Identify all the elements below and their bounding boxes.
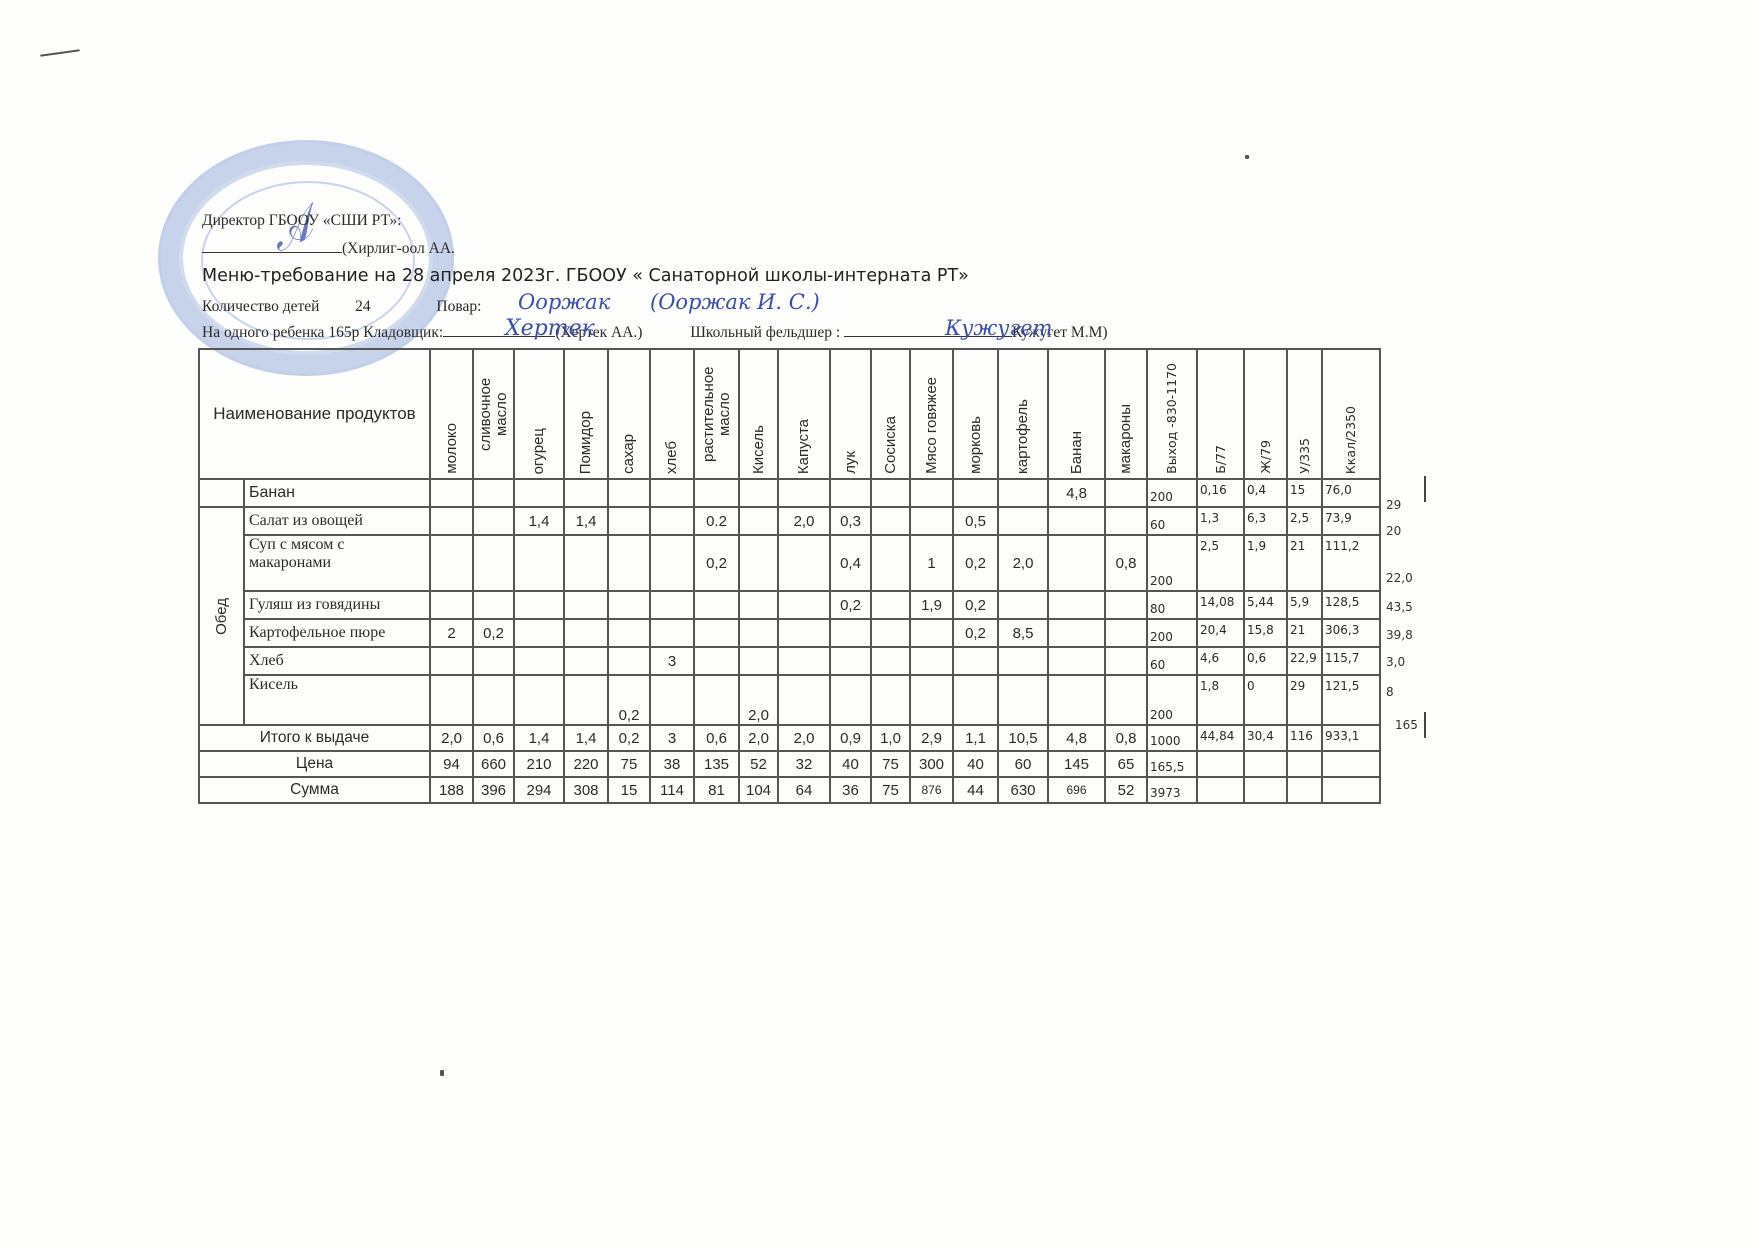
cell-value: 40 <box>830 751 871 777</box>
total-row-label: Итого к выдаче <box>199 725 430 751</box>
cell-value: 10,5 <box>998 725 1048 751</box>
cell-value: 2,0 <box>778 507 830 535</box>
cell-value <box>430 675 473 725</box>
cell-value <box>430 479 473 507</box>
nutrition-value: 1,3 <box>1197 507 1244 535</box>
outside-value: 3,0 <box>1386 655 1405 669</box>
cell-value: 3 <box>650 647 694 675</box>
table-row: Кисель0,22,02001,8029121,5 <box>199 675 1380 725</box>
cell-value: 0,2 <box>953 535 998 591</box>
cell-value <box>998 479 1048 507</box>
cell-value <box>910 675 953 725</box>
cell-value: 0,2 <box>473 619 514 647</box>
cell-value: 2,0 <box>739 675 778 725</box>
col-header: Капуста <box>778 349 830 479</box>
cell-value: 81 <box>694 777 739 803</box>
cell-value <box>871 507 910 535</box>
cell-value: 38 <box>650 751 694 777</box>
margin-mark <box>1424 476 1426 502</box>
cell-value: 2,0 <box>778 725 830 751</box>
cell-value <box>998 675 1048 725</box>
dish-name: Кисель <box>244 675 430 725</box>
cell-value <box>830 675 871 725</box>
col-header: Ж/79 <box>1244 349 1287 479</box>
cell-value: 2,0 <box>739 725 778 751</box>
group-label: Обед <box>214 594 230 635</box>
cell-value: 1 <box>910 535 953 591</box>
cell-value <box>473 479 514 507</box>
cell-value: 114 <box>650 777 694 803</box>
cell-value: 36 <box>830 777 871 803</box>
cell-value <box>430 647 473 675</box>
per-child-label: На одного ребенка 165р <box>202 324 359 341</box>
cell-value <box>910 619 953 647</box>
cell-value <box>778 647 830 675</box>
scan-artifact <box>40 49 80 57</box>
nutrition-value: 200 <box>1147 619 1197 647</box>
cell-value <box>739 507 778 535</box>
director-line: Директор ГБООУ «СШИ РТ»: <box>202 212 402 230</box>
col-header: макароны <box>1105 349 1147 479</box>
cell-value: 0,5 <box>953 507 998 535</box>
cell-value: 52 <box>739 751 778 777</box>
nutrition-value: 0,6 <box>1244 647 1287 675</box>
cell-value: 1,4 <box>514 725 564 751</box>
nutrition-value: 111,2 <box>1322 535 1380 591</box>
table-row: Хлеб3604,60,622,9115,7 <box>199 647 1380 675</box>
cell-value <box>998 507 1048 535</box>
cell-value: 0,9 <box>830 725 871 751</box>
cell-value <box>953 675 998 725</box>
cell-value <box>871 479 910 507</box>
cell-value <box>739 535 778 591</box>
cell-value <box>430 591 473 619</box>
cell-value <box>1048 675 1105 725</box>
cell-value: 8,5 <box>998 619 1048 647</box>
cook-label: Повар: <box>436 298 481 315</box>
nutrition-value: 60 <box>1147 507 1197 535</box>
table-row: Картофельное пюре20,20,28,520020,415,821… <box>199 619 1380 647</box>
dish-name: Банан <box>244 479 430 507</box>
cell-value: 696 <box>1048 777 1105 803</box>
cell-value <box>830 647 871 675</box>
cell-value <box>778 675 830 725</box>
col-header: Ккал/2350 <box>1322 349 1380 479</box>
cell-value <box>514 591 564 619</box>
cell-value: 396 <box>473 777 514 803</box>
cell-value <box>514 675 564 725</box>
document-title: Меню-требование на 28 апреля 2023г. ГБОО… <box>202 266 969 286</box>
cell-value <box>871 535 910 591</box>
cell-value <box>514 619 564 647</box>
nutrition-value: 22,9 <box>1287 647 1322 675</box>
nutrition-value: 200 <box>1147 535 1197 591</box>
cell-value: 44 <box>953 777 998 803</box>
cell-value <box>739 479 778 507</box>
dish-name: Картофельное пюре <box>244 619 430 647</box>
cell-value <box>564 479 608 507</box>
cell-value: 1,4 <box>514 507 564 535</box>
cell-value <box>608 647 650 675</box>
nutrition-value: 0,16 <box>1197 479 1244 507</box>
nutrition-value: 2,5 <box>1197 535 1244 591</box>
cook-signature: Ооржак <box>518 290 610 314</box>
col-header: Кисель <box>739 349 778 479</box>
cell-value: 876 <box>910 777 953 803</box>
cell-value <box>953 647 998 675</box>
director-name-line: (Хирлиг-оол АА. <box>202 240 455 258</box>
cell-value: 0,8 <box>1105 725 1147 751</box>
dish-name: Салат из овощей <box>244 507 430 535</box>
nutrition-value <box>1322 751 1380 777</box>
storekeeper-label: Кладовщик: <box>363 324 443 341</box>
cell-value: 75 <box>608 751 650 777</box>
cell-value: 220 <box>564 751 608 777</box>
col-header: Б/77 <box>1197 349 1244 479</box>
cell-value <box>694 675 739 725</box>
price-row: Цена946602102207538135523240753004060145… <box>199 751 1380 777</box>
cell-value <box>871 647 910 675</box>
col-header: Сосиска <box>871 349 910 479</box>
cell-value <box>871 619 910 647</box>
nutrition-value: 3973 <box>1147 777 1197 803</box>
cell-value: 0,8 <box>1105 535 1147 591</box>
cell-value <box>778 479 830 507</box>
children-line: Количество детей 24 Повар: <box>202 298 481 316</box>
cell-value <box>514 535 564 591</box>
nutrition-value <box>1287 777 1322 803</box>
cell-value: 630 <box>998 777 1048 803</box>
nutrition-value <box>1322 777 1380 803</box>
dish-name: Суп с мясом с макаронами <box>244 535 430 591</box>
cell-value <box>1105 619 1147 647</box>
nutrition-value: 116 <box>1287 725 1322 751</box>
table-row: ОбедСалат из овощей1,41,40.22,00,30,5601… <box>199 507 1380 535</box>
cell-value <box>694 591 739 619</box>
cell-value: 32 <box>778 751 830 777</box>
cell-value <box>910 647 953 675</box>
nutrition-value: 128,5 <box>1322 591 1380 619</box>
cell-value: 0,6 <box>694 725 739 751</box>
cell-value: 308 <box>564 777 608 803</box>
nutrition-value: 20,4 <box>1197 619 1244 647</box>
cell-value <box>650 591 694 619</box>
cell-value: 294 <box>514 777 564 803</box>
cell-value <box>953 479 998 507</box>
cell-value <box>650 619 694 647</box>
col-header: Помидор <box>564 349 608 479</box>
cell-value <box>564 675 608 725</box>
cell-value: 104 <box>739 777 778 803</box>
name-header: Наименование продуктов <box>199 349 430 479</box>
cell-value: 0,4 <box>830 535 871 591</box>
cell-value <box>564 591 608 619</box>
cell-value <box>608 479 650 507</box>
cell-value <box>998 647 1048 675</box>
nutrition-value: 165,5 <box>1147 751 1197 777</box>
cell-value: 0,2 <box>953 619 998 647</box>
cell-value: 1,0 <box>871 725 910 751</box>
col-header: хлеб <box>650 349 694 479</box>
cell-value <box>514 647 564 675</box>
menu-table: Наименование продуктов молоко сливочное … <box>198 348 1381 804</box>
cell-value <box>650 675 694 725</box>
cell-value: 2,0 <box>430 725 473 751</box>
cell-value <box>998 591 1048 619</box>
nutrition-value: 0,4 <box>1244 479 1287 507</box>
nutrition-value: 1,9 <box>1244 535 1287 591</box>
col-header: растительное масло <box>694 349 739 479</box>
col-header: лук <box>830 349 871 479</box>
cell-value <box>739 591 778 619</box>
cell-value: 75 <box>871 777 910 803</box>
cell-value <box>778 535 830 591</box>
nutrition-value: 121,5 <box>1322 675 1380 725</box>
nutrition-value: 44,84 <box>1197 725 1244 751</box>
nutrition-value <box>1197 777 1244 803</box>
cell-value <box>694 619 739 647</box>
col-header: Выход -830-1170 <box>1147 349 1197 479</box>
nutrition-value: 60 <box>1147 647 1197 675</box>
cell-value: 64 <box>778 777 830 803</box>
cell-value <box>1105 479 1147 507</box>
nutrition-value: 73,9 <box>1322 507 1380 535</box>
storekeeper-signature: Хертек <box>505 316 595 341</box>
outside-value: 22,0 <box>1386 571 1413 585</box>
cell-value <box>1048 647 1105 675</box>
cell-value <box>1048 507 1105 535</box>
nutrition-value <box>1244 751 1287 777</box>
director-name: (Хирлиг-оол АА. <box>342 240 455 257</box>
nutrition-value: 76,0 <box>1322 479 1380 507</box>
cell-value <box>910 507 953 535</box>
cell-value: 2,9 <box>910 725 953 751</box>
outside-value: 20 <box>1386 524 1401 538</box>
nutrition-value: 15,8 <box>1244 619 1287 647</box>
cell-value: 65 <box>1105 751 1147 777</box>
cell-value: 0,6 <box>473 725 514 751</box>
nutrition-value: 5,44 <box>1244 591 1287 619</box>
outside-value: 8 <box>1386 685 1394 699</box>
cell-value <box>608 535 650 591</box>
nutrition-value: 21 <box>1287 619 1322 647</box>
nutrition-value: 14,08 <box>1197 591 1244 619</box>
cell-value <box>1048 591 1105 619</box>
nutrition-value: 1000 <box>1147 725 1197 751</box>
cell-value: 135 <box>694 751 739 777</box>
nutrition-value: 4,6 <box>1197 647 1244 675</box>
outside-value: 43,5 <box>1386 600 1413 614</box>
cell-value <box>650 535 694 591</box>
sum-row-label: Сумма <box>199 777 430 803</box>
cell-value: 188 <box>430 777 473 803</box>
col-header: морковь <box>953 349 998 479</box>
outside-value: 29 <box>1386 498 1401 512</box>
cell-value: 4,8 <box>1048 725 1105 751</box>
scan-artifact <box>440 1070 444 1076</box>
nutrition-value: 21 <box>1287 535 1322 591</box>
cell-value <box>473 535 514 591</box>
cell-value <box>608 591 650 619</box>
cell-value: 52 <box>1105 777 1147 803</box>
cell-value <box>473 591 514 619</box>
cell-value: 15 <box>608 777 650 803</box>
nutrition-value: 80 <box>1147 591 1197 619</box>
cell-value <box>694 479 739 507</box>
cell-value <box>650 479 694 507</box>
table-row: Суп с мясом с макаронами0,20,410,22,00,8… <box>199 535 1380 591</box>
cell-value: 40 <box>953 751 998 777</box>
price-row-label: Цена <box>199 751 430 777</box>
cell-value: 0,2 <box>608 675 650 725</box>
cell-value <box>514 479 564 507</box>
dish-name: Гуляш из говядины <box>244 591 430 619</box>
cell-value: 2 <box>430 619 473 647</box>
header-row: Наименование продуктов молоко сливочное … <box>199 349 1380 479</box>
cell-value: 1,1 <box>953 725 998 751</box>
col-header: У/335 <box>1287 349 1322 479</box>
cell-value <box>608 619 650 647</box>
cell-value <box>871 591 910 619</box>
cell-value <box>739 647 778 675</box>
cook-name: (Ооржак И. С.) <box>650 290 820 314</box>
cell-value <box>694 647 739 675</box>
nutrition-value: 200 <box>1147 675 1197 725</box>
cell-value <box>473 675 514 725</box>
nutrition-value: 15 <box>1287 479 1322 507</box>
nutrition-value: 200 <box>1147 479 1197 507</box>
cell-value: 0,2 <box>953 591 998 619</box>
nutrition-value: 29 <box>1287 675 1322 725</box>
margin-mark <box>1424 712 1426 738</box>
cell-value <box>1105 647 1147 675</box>
cell-value: 210 <box>514 751 564 777</box>
nutrition-value: 1,8 <box>1197 675 1244 725</box>
cell-value <box>830 479 871 507</box>
cell-value <box>871 675 910 725</box>
outside-value: 165 <box>1395 718 1418 732</box>
cell-value <box>608 507 650 535</box>
nutrition-value: 6,3 <box>1244 507 1287 535</box>
col-header: Банан <box>1048 349 1105 479</box>
group-cell <box>199 479 244 507</box>
col-header: молоко <box>430 349 473 479</box>
cell-value: 1,4 <box>564 725 608 751</box>
cell-value <box>473 647 514 675</box>
cell-value: 1,4 <box>564 507 608 535</box>
cell-value <box>650 507 694 535</box>
cell-value <box>564 619 608 647</box>
total-row: Итого к выдаче2,00,61,41,40,230,62,02,00… <box>199 725 1380 751</box>
cell-value <box>778 591 830 619</box>
col-header: Мясо говяжее <box>910 349 953 479</box>
nutrition-value: 5,9 <box>1287 591 1322 619</box>
cell-value <box>778 619 830 647</box>
nutrition-value: 115,7 <box>1322 647 1380 675</box>
sum-row: Сумма18839629430815114811046436758764463… <box>199 777 1380 803</box>
cell-value <box>739 619 778 647</box>
cell-value: 94 <box>430 751 473 777</box>
cell-value: 0,2 <box>830 591 871 619</box>
children-label: Количество детей <box>202 298 319 315</box>
col-header: огурец <box>514 349 564 479</box>
scan-artifact <box>1245 155 1249 159</box>
col-header: сахар <box>608 349 650 479</box>
cell-value: 60 <box>998 751 1048 777</box>
cell-value <box>430 507 473 535</box>
cell-value: 660 <box>473 751 514 777</box>
cell-value <box>1105 675 1147 725</box>
cell-value <box>430 535 473 591</box>
cell-value: 75 <box>871 751 910 777</box>
cell-value <box>473 507 514 535</box>
cell-value <box>1048 535 1105 591</box>
cell-value <box>830 619 871 647</box>
cell-value: 300 <box>910 751 953 777</box>
cell-value: 1,9 <box>910 591 953 619</box>
nutrition-value <box>1287 751 1322 777</box>
cell-value: 2,0 <box>998 535 1048 591</box>
cell-value <box>1048 619 1105 647</box>
table-row: Гуляш из говядины0,21,90,28014,085,445,9… <box>199 591 1380 619</box>
cell-value: 0,3 <box>830 507 871 535</box>
col-header: сливочное масло <box>473 349 514 479</box>
nutrition-value: 30,4 <box>1244 725 1287 751</box>
nutrition-value: 933,1 <box>1322 725 1380 751</box>
children-count: 24 <box>355 298 371 315</box>
cell-value: 0,2 <box>608 725 650 751</box>
dish-name: Хлеб <box>244 647 430 675</box>
medic-signature: Кужугет <box>945 316 1052 340</box>
table-row: Банан4,82000,160,41576,0 <box>199 479 1380 507</box>
cell-value: 4,8 <box>1048 479 1105 507</box>
cell-value: 0,2 <box>694 535 739 591</box>
medic-label: Школьный фельдшер : <box>690 324 840 341</box>
cell-value <box>564 647 608 675</box>
cell-value <box>1105 591 1147 619</box>
cell-value: 145 <box>1048 751 1105 777</box>
cell-value: 0.2 <box>694 507 739 535</box>
nutrition-value: 2,5 <box>1287 507 1322 535</box>
nutrition-value: 0 <box>1244 675 1287 725</box>
nutrition-value <box>1244 777 1287 803</box>
group-cell: Обед <box>199 507 244 725</box>
cell-value <box>564 535 608 591</box>
cell-value: 3 <box>650 725 694 751</box>
nutrition-value <box>1197 751 1244 777</box>
cell-value <box>910 479 953 507</box>
nutrition-value: 306,3 <box>1322 619 1380 647</box>
col-header: картофель <box>998 349 1048 479</box>
cell-value <box>1105 507 1147 535</box>
outside-value: 39,8 <box>1386 628 1413 642</box>
